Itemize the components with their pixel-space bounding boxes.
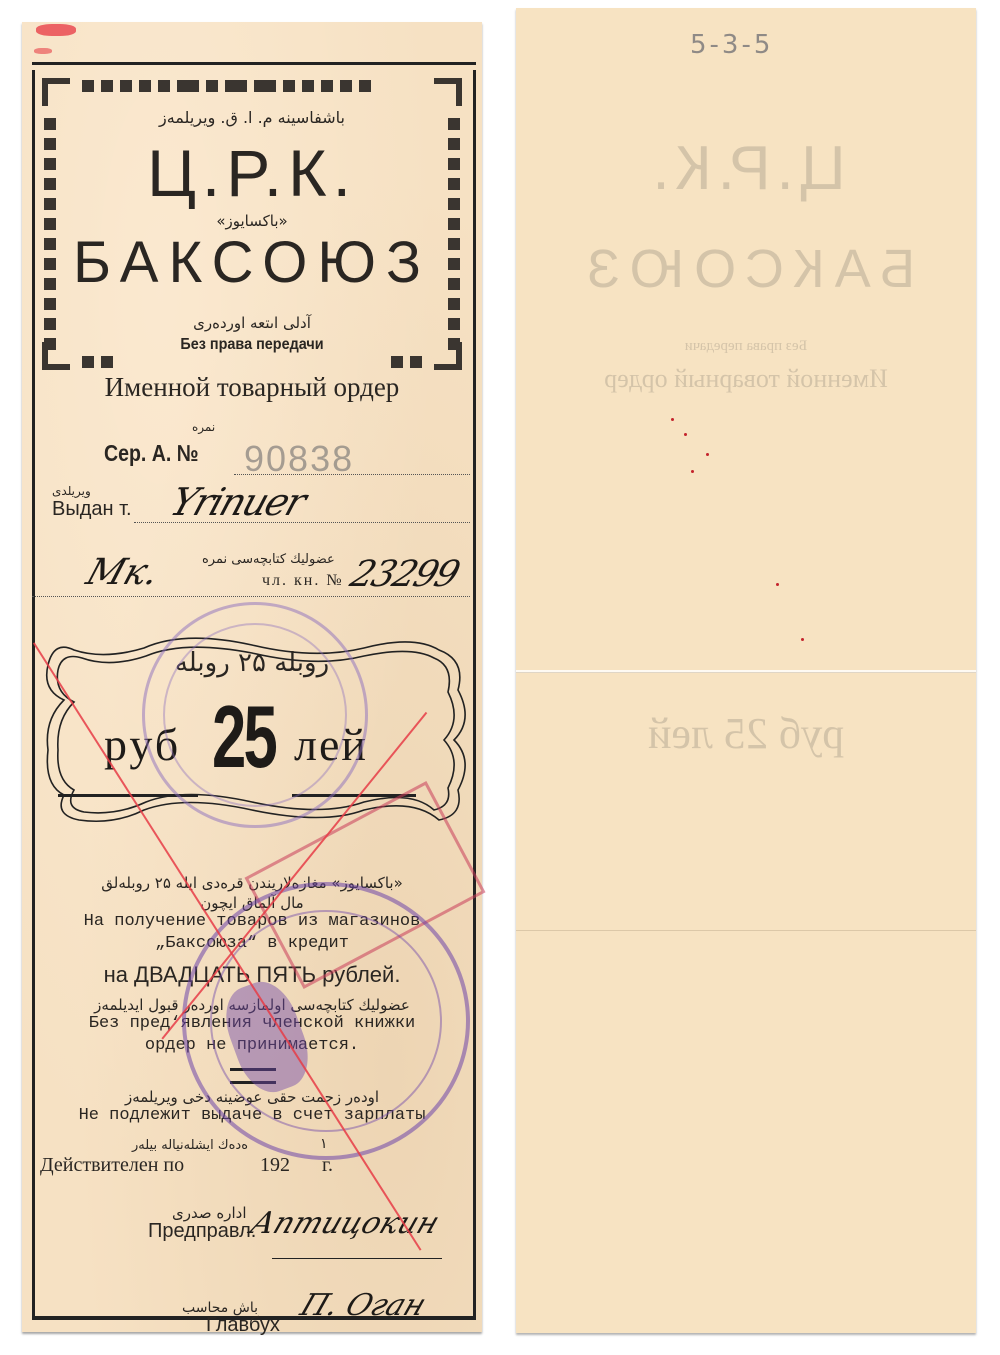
validity-arabic: ەدەك ایشلەنیاله بیلەر: [132, 1138, 248, 1153]
org-name-arabic: «باکسایوز»: [22, 212, 482, 230]
denomination-left: руб: [104, 718, 181, 771]
underline: [58, 794, 198, 797]
validity-label: Действителен по: [40, 1154, 184, 1177]
denomination-arabic: روبله ۲۵ روبله: [22, 648, 482, 678]
non-transfer-label: Без права передачи: [45, 336, 459, 354]
red-speck: [801, 638, 804, 641]
red-speck: [706, 453, 709, 456]
validity-suffix: г.: [322, 1154, 333, 1177]
series-label: Сер. А. №: [104, 440, 199, 467]
salary-note-arabic: اودەر زحمت حقی عوضینه دخی ویریلمەز: [22, 1088, 482, 1106]
salary-note: Не подлежит выдаче в счет зарплаты: [22, 1106, 482, 1125]
show-through-denomination: руб 25 лей: [516, 708, 976, 759]
show-through-doc-title: Именной товарный ордер: [516, 364, 976, 394]
denomination-right: лей: [294, 718, 368, 771]
issued-to-name: Yrinuer: [165, 480, 310, 524]
accountant-signature: П. Оган: [296, 1288, 431, 1323]
chairman-label: Предправл.: [148, 1220, 256, 1243]
red-ink-mark: [36, 24, 76, 36]
issued-to-label-arabic: ویریلدی: [52, 484, 91, 498]
validity-year-digit-arabic: ١: [320, 1136, 328, 1152]
frame-square: [283, 80, 295, 92]
chairman-signature: Аптицокин: [246, 1206, 445, 1241]
show-through-non-transfer: Без права передачи: [516, 338, 976, 355]
frame-square: [44, 298, 56, 310]
frame-square: [448, 298, 460, 310]
show-through-org-name: БАКСОЮЗ: [516, 238, 976, 300]
doc-title: Именной товарный ордер: [22, 372, 482, 403]
member-card-prefix: Мк.: [81, 552, 164, 593]
member-card-label: чл. кн. №: [262, 572, 344, 590]
fold-crease: [516, 670, 976, 673]
issued-to-label: Выдан т.: [52, 498, 132, 521]
dotted-line: [234, 474, 470, 475]
frame-square: [101, 80, 113, 92]
denomination-value: 25: [212, 686, 275, 788]
purpose-line-2: „Баксоюза“ в кредит: [22, 934, 482, 953]
frame-square: [254, 80, 276, 92]
series-label-arabic: نمره: [192, 420, 215, 434]
frame-squares-bottom-right: [391, 356, 422, 368]
red-ink-mark: [34, 48, 52, 54]
non-transfer-arabic: آدلی اىتعه اوردەری: [22, 314, 482, 332]
member-card-number: 23299: [345, 554, 463, 595]
frame-corner: [42, 78, 70, 106]
border-line: [32, 62, 476, 65]
frame-square: [225, 80, 247, 92]
member-card-label-arabic: عضولیك كتابچەسی نمرە: [202, 552, 335, 567]
frame-squares-bottom-left: [82, 356, 113, 368]
red-speck: [684, 433, 687, 436]
red-speck: [776, 583, 779, 586]
frame-square: [158, 80, 170, 92]
frame-square: [139, 80, 151, 92]
frame-square: [359, 80, 371, 92]
signature-line: [272, 1258, 442, 1259]
header-arabic: باشفاسینه م. ا. ق. ویریلمەز: [22, 108, 482, 127]
frame-square: [340, 80, 352, 92]
order-back: 5-3-5 Ц.Р.К. БАКСОЮЗ Без права передачи …: [516, 8, 976, 1333]
org-abbrev: Ц.Р.К.: [22, 140, 482, 206]
show-through-org-abbrev: Ц.Р.К.: [516, 133, 976, 204]
org-name: БАКСОЮЗ: [22, 234, 482, 292]
fold-crease: [516, 930, 976, 931]
validity-year: 192: [260, 1154, 290, 1177]
accountant-label: Главбух: [206, 1314, 280, 1337]
frame-square: [177, 80, 199, 92]
frame-square: [120, 80, 132, 92]
frame-square: [82, 80, 94, 92]
order-front: باشفاسینه م. ا. ق. ویریلمەز Ц.Р.К. «باکس…: [22, 22, 482, 1332]
red-speck: [671, 418, 674, 421]
pencil-note: 5-3-5: [690, 30, 773, 60]
frame-square: [302, 80, 314, 92]
frame-squares-top: [82, 80, 371, 92]
red-speck: [691, 470, 694, 473]
frame-square: [321, 80, 333, 92]
frame-square: [206, 80, 218, 92]
dotted-line: [32, 596, 470, 597]
frame-corner: [434, 78, 462, 106]
